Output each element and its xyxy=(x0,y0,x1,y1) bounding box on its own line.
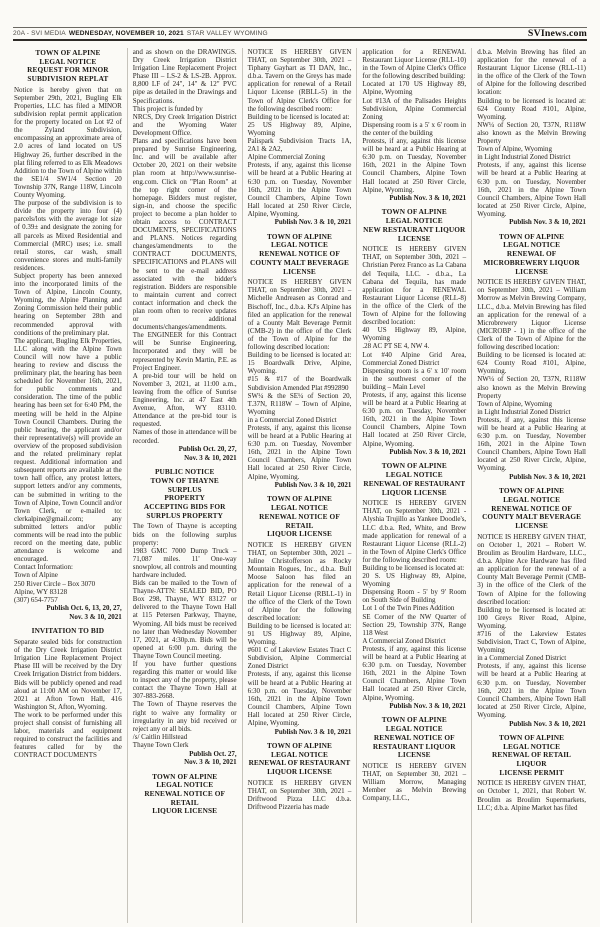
notice-paragraph: Protests, if any, against this license w… xyxy=(362,645,466,702)
notice-paragraph: Dispensing room is a 6' x 10' room in th… xyxy=(362,367,466,391)
notice-paragraph: #716 of the Lakeview Estates Subdivision… xyxy=(477,630,586,654)
notice-paragraph: NOTICE IS HEREBY GIVEN THAT, on Septembe… xyxy=(477,278,586,351)
notice-paragraph: NOTICE IS HEREBY GIVEN THAT, on Septembe… xyxy=(362,499,466,564)
notice-paragraph: Dispensing Room - 5' by 9' Room on South… xyxy=(362,588,466,604)
notice-paragraph: Building to be licensed is located at: 1… xyxy=(477,606,586,630)
notice-paragraph: SE Corner of the NW Quarter of Section 2… xyxy=(362,613,466,637)
notice-paragraph: Building to be licensed is located at: 6… xyxy=(477,97,586,121)
notice-paragraph: Dispensing room is a 5' x 6' room in the… xyxy=(362,121,466,137)
publish-date-line: Publish Nov. 3 & 10, 2021 xyxy=(362,702,466,710)
folio-line: 20A - SVI MEDIAWEDNESDAY, NOVEMBER 10, 2… xyxy=(13,27,587,41)
region-label: STAR VALLEY WYOMING xyxy=(187,30,268,37)
notice-heading: TOWN OF ALPINELEGAL NOTICERENEWAL NOTICE… xyxy=(362,716,466,760)
notice-paragraph: NOTICE IS HEREBY GIVEN THAT, on October … xyxy=(477,533,586,606)
notice-paragraph: and as shown on the DRAWINGS. Dry Creek … xyxy=(133,48,237,105)
publish-date-line: Publish Nov. 3 & 10, 2021 xyxy=(477,720,586,728)
notice-heading-line: LIQUOR LICENSE xyxy=(248,530,352,539)
notice-paragraph: SW¼ & the SE¼ of Section 20, T.37N, R118… xyxy=(248,392,352,416)
issue-date: WEDNESDAY, NOVEMBER 10, 2021 xyxy=(69,30,184,37)
notice-paragraph: Palispark Subdivision Tracts 1A, 2A1 & 2… xyxy=(248,137,352,153)
notice-paragraph: Bids will be publicly opened and read al… xyxy=(14,679,122,711)
notice-paragraph: Building to be licensed is located at: 6… xyxy=(477,351,586,375)
notice-paragraph: in a Commercial Zoned District xyxy=(248,416,352,424)
notice-paragraph: application for a RENEWAL Restaurant Liq… xyxy=(362,48,466,80)
news-column-5: d.b.a. Melvin Brewing has filed an appli… xyxy=(472,48,587,923)
notice-heading-line: LICENSE xyxy=(477,522,586,531)
notice-paragraph: 40 US Highway 89, Alpine, Wyoming xyxy=(362,326,466,342)
publish-date-line: Nov. 3 & 10, 2021 xyxy=(133,758,237,766)
notice-paragraph: /s/ Caitlin Hillstead xyxy=(133,733,237,741)
notice-paragraph: NOTICE IS HEREBY GIVEN THAT, on October … xyxy=(477,779,586,811)
folio-left: 20A - SVI MEDIAWEDNESDAY, NOVEMBER 10, 2… xyxy=(13,30,271,37)
notice-paragraph: in a Commercial Zoned District xyxy=(477,654,586,662)
notice-paragraph: The Town of Thayne is accepting bids on … xyxy=(133,522,237,546)
notice-paragraph: The work to be performed under this proj… xyxy=(14,711,122,760)
notice-paragraph: NW¼ of Section 20, T37N, R118W also know… xyxy=(477,121,586,145)
publish-date-line: Publish Oct. 6, 13, 20, 27, xyxy=(14,604,122,612)
notice-paragraph: Protests, if any, against this license w… xyxy=(477,662,586,719)
notice-paragraph: Protests, if any, against this license w… xyxy=(248,424,352,481)
notice-paragraph: Lot #13A of the Palisades Heights Subdiv… xyxy=(362,97,466,121)
notice-heading: TOWN OF ALPINELEGAL NOTICERENEWAL NOTICE… xyxy=(248,495,352,539)
notice-heading: PUBLIC NOTICETOWN OF THAYNE SURPLUSPROPE… xyxy=(133,468,237,520)
notice-paragraph: Protests, if any, against this license w… xyxy=(362,137,466,194)
notice-paragraph: Located at 170 US Highway 89, Alpine, Wy… xyxy=(362,80,466,96)
website-label: SVInews.com xyxy=(528,28,587,39)
notice-paragraph: Building to be licensed is located at: xyxy=(362,564,466,572)
notice-paragraph: NOTICE IS HEREBY GIVEN THAT, on Septembe… xyxy=(248,779,352,811)
notice-paragraph: NOTICE IS HEREBY GIVEN THAT, on Septembe… xyxy=(362,245,466,326)
notice-heading-line: LICENSE PERMIT xyxy=(477,769,586,778)
notice-heading-line: RENEWAL NOTICE OF RETAIL xyxy=(133,790,237,807)
notice-paragraph: NRCS, Dry Creek Irrigation District and … xyxy=(133,113,237,137)
notice-heading: TOWN OF ALPINELEGAL NOTICERENEWAL OF RET… xyxy=(477,734,586,778)
publish-date-line: Publish Nov. 3 & 10, 2021 xyxy=(362,448,466,456)
notice-paragraph: 250 River Circle – Box 3070 xyxy=(14,580,122,588)
newspaper-page: 20A - SVI MEDIAWEDNESDAY, NOVEMBER 10, 2… xyxy=(0,0,600,927)
news-column-2: and as shown on the DRAWINGS. Dry Creek … xyxy=(128,48,243,923)
notice-paragraph: Thayne Town Clerk xyxy=(133,741,237,749)
notice-paragraph: Town of Alpine, Wyoming xyxy=(477,400,586,408)
page-number-label: 20A - SVI MEDIA xyxy=(13,30,66,37)
publish-date-line: Publish Nov. 3 & 10, 2021 xyxy=(248,481,352,489)
notice-heading-line: LICENSE xyxy=(362,751,466,760)
notice-heading: INVITATION TO BID xyxy=(14,627,122,636)
notice-paragraph: Building to be licensed is located at: xyxy=(248,113,352,121)
notice-paragraph: .28 AC PT SE 4, NW 4. xyxy=(362,342,466,350)
notice-paragraph: in Light Industrial Zoned District xyxy=(477,153,586,161)
notice-paragraph: A pre-bid tour will be held on November … xyxy=(133,372,237,429)
notice-paragraph: d.b.a. Melvin Brewing has filed an appli… xyxy=(477,48,586,97)
notice-paragraph: If you have further questions regarding … xyxy=(133,660,237,700)
news-column-3: NOTICE IS HEREBY GIVEN THAT, on Septembe… xyxy=(243,48,358,923)
notice-paragraph: 1983 GMC 7000 Dump Truck – 71,087 miles.… xyxy=(133,547,237,579)
notice-paragraph: NW¼ of Section 20, T37N, R118W also know… xyxy=(477,375,586,399)
notice-heading: TOWN OF ALPINELEGAL NOTICERENEWAL NOTICE… xyxy=(477,487,586,531)
notice-paragraph: This project is funded by xyxy=(133,105,237,113)
notice-heading-line: INVITATION TO BID xyxy=(14,627,122,636)
notice-heading-line: SURPLUS PROPERTY xyxy=(133,512,237,521)
notice-paragraph: The applicant, Bugling Elk Properties, L… xyxy=(14,337,122,564)
notice-heading-line: SUBDIVISION REPLAT xyxy=(14,75,122,84)
publish-date-line: Publish Nov. 3 & 10, 2021 xyxy=(248,218,352,226)
notice-heading: TOWN OF ALPINELEGAL NOTICEREQUEST FOR MI… xyxy=(14,49,122,84)
news-column-1: TOWN OF ALPINELEGAL NOTICEREQUEST FOR MI… xyxy=(13,48,128,923)
notice-heading: TOWN OF ALPINELEGAL NOTICERENEWAL OF RES… xyxy=(248,742,352,777)
legal-notices-columns: TOWN OF ALPINELEGAL NOTICEREQUEST FOR MI… xyxy=(13,48,587,923)
notice-paragraph: in Light Industrial Zoned District xyxy=(477,408,586,416)
notice-paragraph: Building to be licensed is located at: 9… xyxy=(248,622,352,646)
notice-paragraph: Names of those in attendance will be rec… xyxy=(133,428,237,444)
notice-paragraph: #601 C of Lakeview Estates Tract C Subdi… xyxy=(248,646,352,670)
publish-date-line: Publish Nov. 3 & 10, 2021 xyxy=(477,218,586,226)
publish-date-line: Nov. 3 & 10, 2021 xyxy=(14,613,122,621)
notice-paragraph: Bids can be mailed to the Town of Thayne… xyxy=(133,579,237,660)
notice-paragraph: Plans and specifications have been prepa… xyxy=(133,137,237,372)
notice-heading-line: LICENSE xyxy=(477,268,586,277)
notice-paragraph: 25 US Highway 89, Alpine, Wyoming xyxy=(248,121,352,137)
notice-heading: TOWN OF ALPINELEGAL NOTICERENEWAL OF RES… xyxy=(362,462,466,497)
notice-heading-line: LICENSE xyxy=(362,235,466,244)
notice-heading: TOWN OF ALPINELEGAL NOTICENEW RESTAURANT… xyxy=(362,208,466,243)
notice-heading: TOWN OF ALPINELEGAL NOTICERENEWAL NOTICE… xyxy=(133,773,237,817)
notice-paragraph: Town of Alpine xyxy=(14,571,122,579)
notice-paragraph: Separate sealed bids for construction of… xyxy=(14,638,122,678)
notice-paragraph: Alpine Commercial Zoning xyxy=(248,153,352,161)
notice-paragraph: The Town of Thayne reserves the right to… xyxy=(133,700,237,732)
notice-paragraph: #15 & #17 of the Boardwalk Subdivision A… xyxy=(248,375,352,391)
notice-paragraph: Lot 1 of the Twin Pines Addition xyxy=(362,604,466,612)
notice-paragraph: Town of Alpine, Wyoming xyxy=(477,145,586,153)
notice-heading: TOWN OF ALPINELEGAL NOTICERENEWAL OFMICR… xyxy=(477,233,586,277)
publish-date-line: Nov. 3 & 10, 2021 xyxy=(133,454,237,462)
notice-paragraph: A Commercial Zoned District xyxy=(362,637,466,645)
publish-date-line: Publish Oct. 20, 27, xyxy=(133,445,237,453)
notice-paragraph: Contact Information: xyxy=(14,563,122,571)
notice-heading-line: LIQUOR LICENSE xyxy=(248,768,352,777)
notice-paragraph: The purpose of the subdivision is to div… xyxy=(14,199,122,272)
notice-heading: TOWN OF ALPINELEGAL NOTICERENEWAL NOTICE… xyxy=(248,233,352,277)
notice-paragraph: Protests, if any, against this license w… xyxy=(477,161,586,218)
publish-date-line: Publish Nov. 3 & 10, 2021 xyxy=(248,728,352,736)
news-column-4: application for a RENEWAL Restaurant Liq… xyxy=(357,48,472,923)
publish-date-line: Publish Nov. 3 & 10, 2021 xyxy=(477,473,586,481)
notice-paragraph: Alpine, WY 83128 xyxy=(14,588,122,596)
notice-paragraph: 20 S. US Highway 89, Alpine, Wyoming xyxy=(362,572,466,588)
notice-paragraph: NOTICE IS HEREBY GIVEN THAT, on Septembe… xyxy=(248,48,352,113)
notice-heading-line: LICENSE xyxy=(248,268,352,277)
notice-paragraph: Notice is hereby given that on September… xyxy=(14,86,122,199)
notice-paragraph: Protests, if any, against this license w… xyxy=(477,416,586,473)
notice-paragraph: (307) 654-7757 xyxy=(14,596,122,604)
publish-date-line: Publish Nov. 3 & 10, 2021 xyxy=(362,194,466,202)
notice-heading-line: LIQUOR LICENSE xyxy=(133,807,237,816)
notice-heading-line: TOWN OF THAYNE SURPLUS xyxy=(133,477,237,494)
notice-paragraph: Subject property has been annexed into t… xyxy=(14,272,122,337)
notice-heading-line: RENEWAL OF RETAIL LIQUOR xyxy=(477,751,586,768)
notice-paragraph: Protests, if any, against this license w… xyxy=(362,391,466,448)
notice-paragraph: NOTICE IS HEREBY GIVEN THAT, on Septembe… xyxy=(362,762,466,802)
notice-paragraph: NOTICE IS HEREBY GIVEN THAT, on Septembe… xyxy=(248,541,352,622)
notice-heading-line: LIQUOR LICENSE xyxy=(362,489,466,498)
notice-paragraph: Protests, if any, against this license w… xyxy=(248,670,352,727)
notice-paragraph: Protests, if any, against this license w… xyxy=(248,161,352,218)
notice-heading-line: RENEWAL NOTICE OF RETAIL xyxy=(248,513,352,530)
notice-paragraph: Lot #40 Alpine Grid Area, Commercial Zon… xyxy=(362,351,466,367)
notice-paragraph: Building to be licensed is located at: 1… xyxy=(248,351,352,375)
publish-date-line: Publish Oct. 27, xyxy=(133,750,237,758)
notice-paragraph: NOTICE IS HEREBY GIVEN THAT, on Septembe… xyxy=(248,278,352,351)
